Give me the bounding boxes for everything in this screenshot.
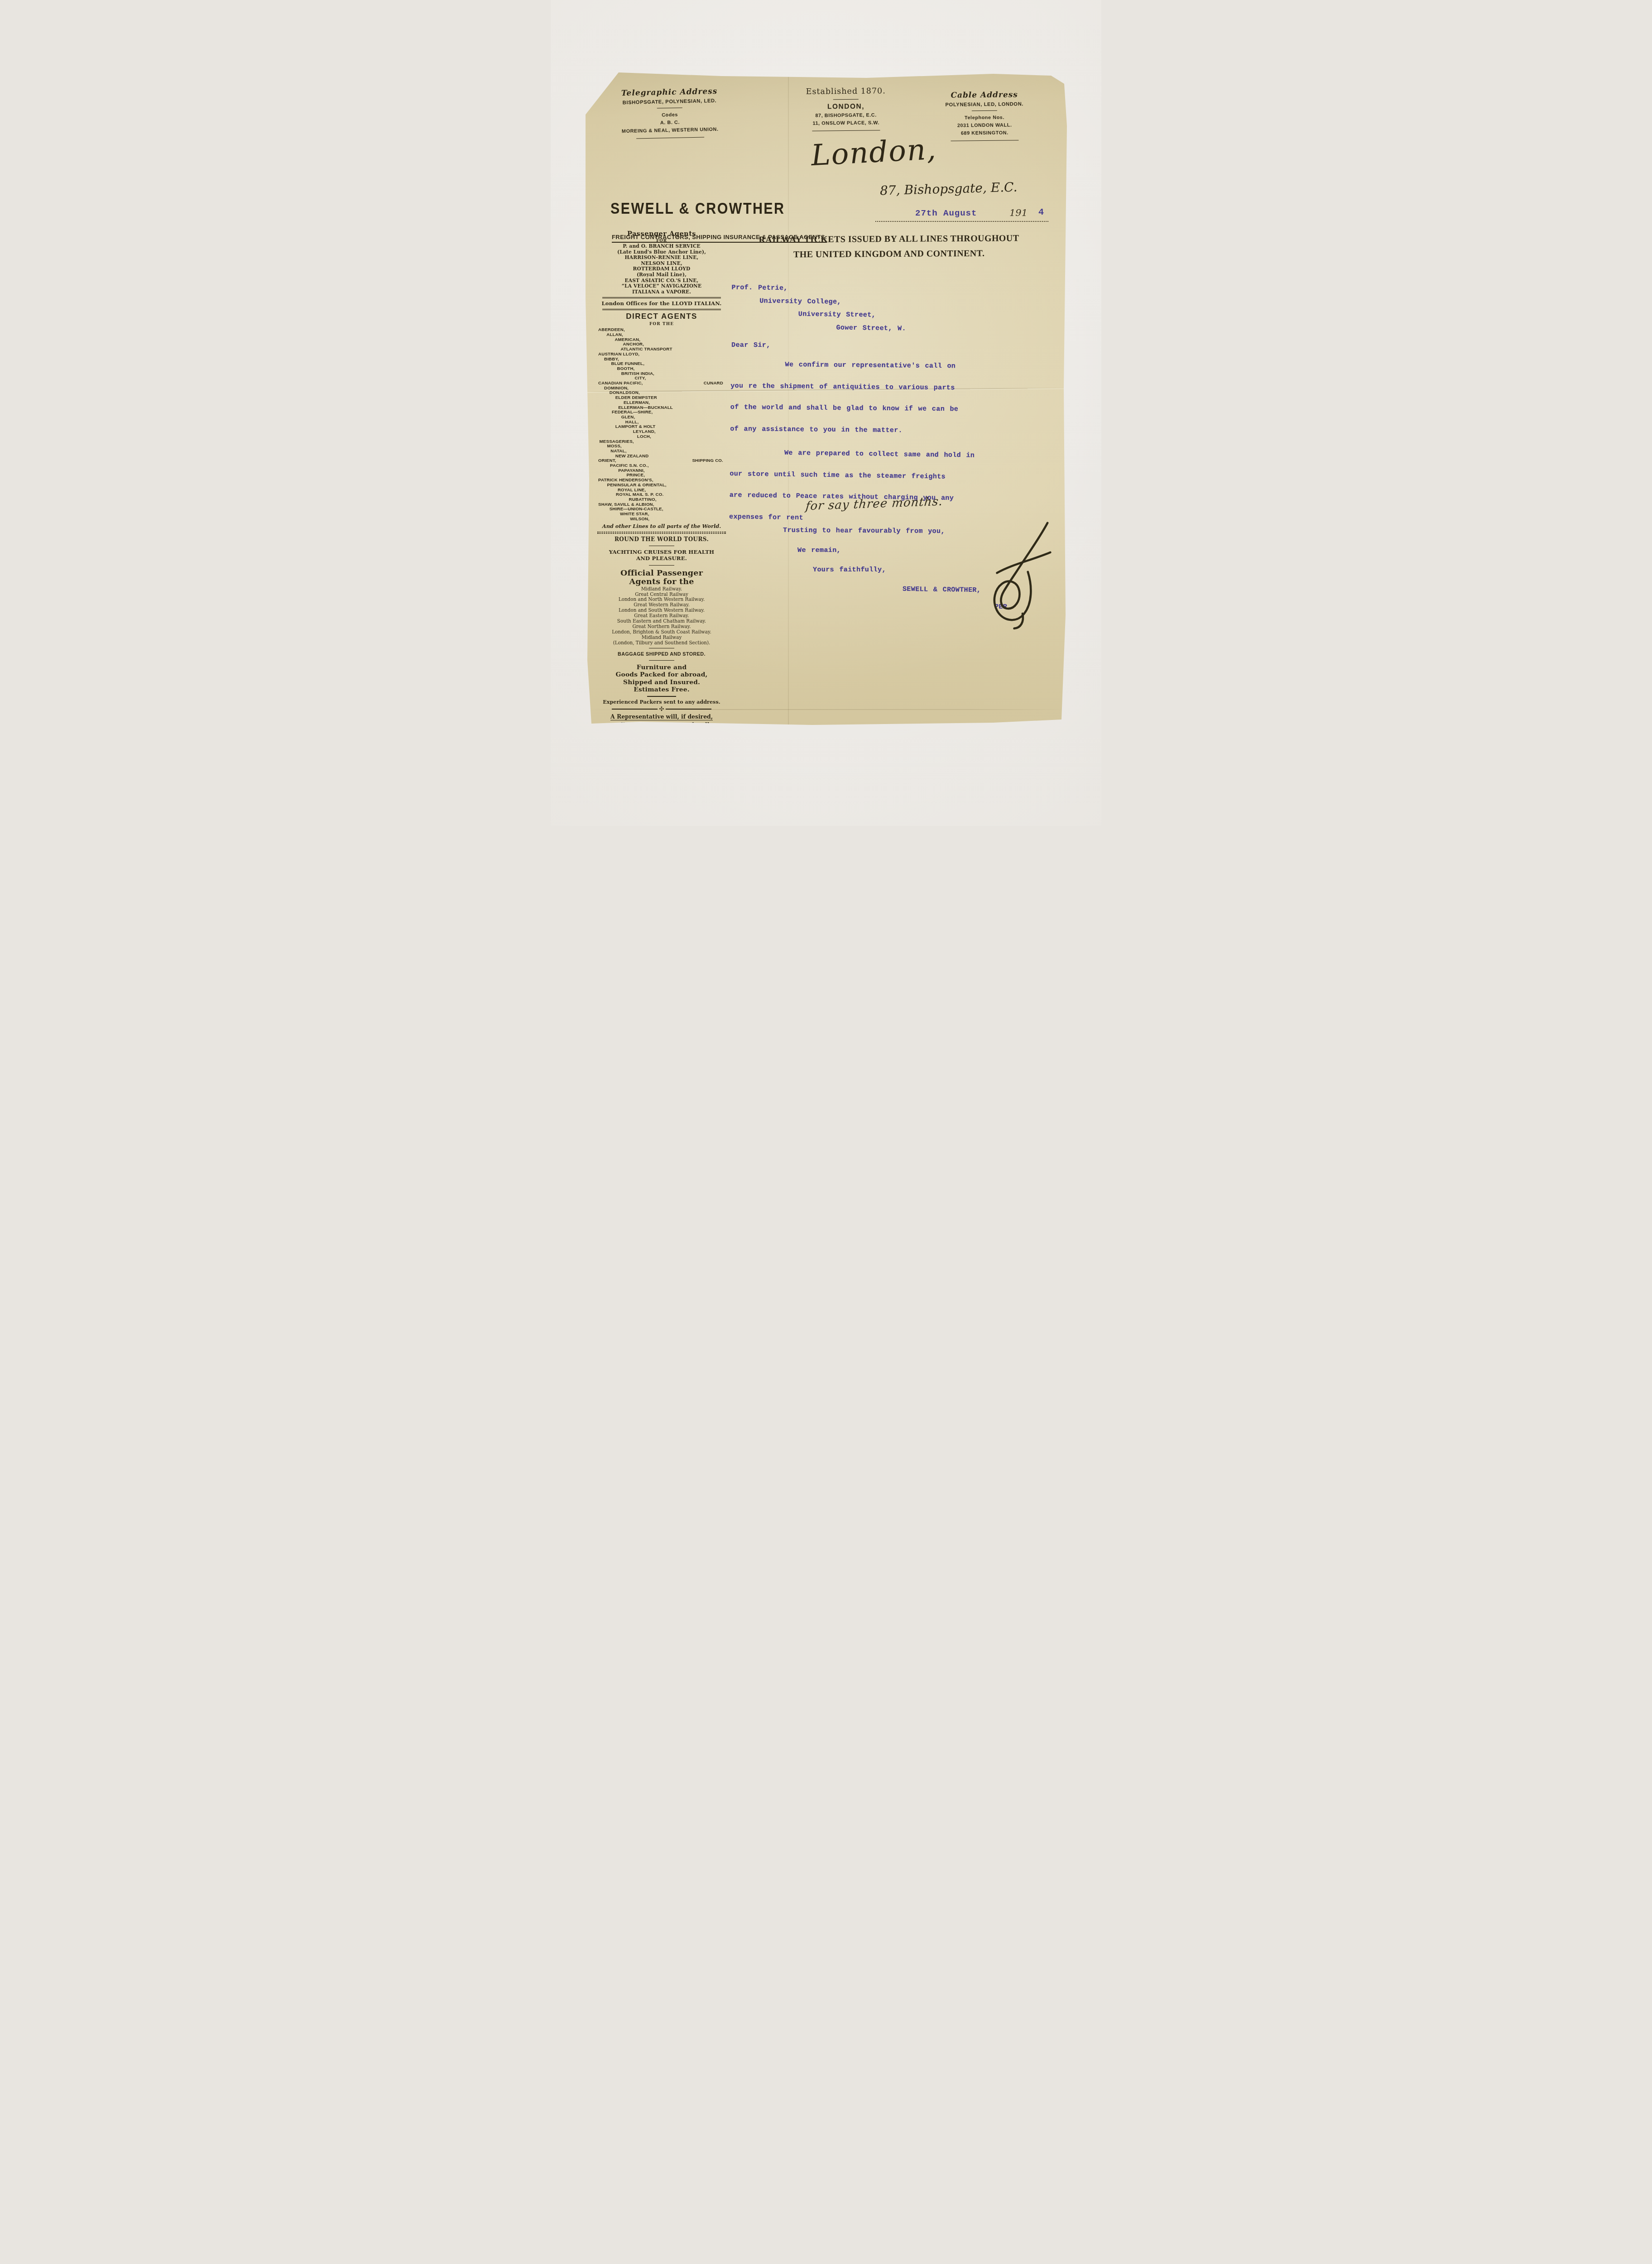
typed-date: 27th August <box>915 208 977 218</box>
list-item: ELDER DEMPSTER <box>598 396 725 401</box>
list-item: FEDERAL—SHIRE, <box>598 410 725 415</box>
divider <box>649 565 674 566</box>
list-item: the necessary arrangements <box>593 729 730 737</box>
official-passenger-heading-1: Official Passenger <box>593 569 730 578</box>
list-item: PENINSULAR & ORIENTAL, <box>598 483 725 488</box>
london-offices-note: London Offices for the LLOYD ITALIAN. <box>593 300 730 307</box>
for-the-label: FOR THE <box>593 322 730 326</box>
divider <box>833 99 859 100</box>
direct-agents-list: ABERDEEN,ALLAN,AMERICAN,ANCHOR,ATLANTIC … <box>593 328 725 522</box>
list-item: SHIRE—UNION-CASTLE, <box>598 507 725 512</box>
list-item: Midland Railway. <box>593 587 730 592</box>
telegraphic-address-value: BISHOPSGATE, POLYNESIAN, LED. <box>601 98 737 106</box>
divider <box>649 546 674 547</box>
date-line: 27th August 191 4 <box>875 206 1048 222</box>
list-item: ROTTERDAM LLOYD <box>593 266 730 272</box>
divider <box>649 660 674 661</box>
list-item: Shipped and Insured. <box>593 679 730 686</box>
cross-ornament-icon: ✣ <box>612 707 711 711</box>
divider <box>636 137 704 139</box>
for-label: FOR <box>593 239 730 243</box>
other-lines-note: And other Lines to all parts of the Worl… <box>593 523 730 529</box>
closing-we-remain: We remain, <box>797 547 841 554</box>
handwritten-signature-icon <box>976 515 1066 634</box>
script-street-address: 87, Bishopsgate, E.C. <box>880 179 1034 198</box>
printed-year: 191 <box>1009 207 1028 218</box>
list-item: LEYLAND, <box>598 430 725 435</box>
list-item: Goods Packed for abroad, <box>593 671 730 679</box>
divider <box>602 297 721 298</box>
direct-agents-heading: DIRECT AGENTS <box>593 312 730 321</box>
list-item: A Representative will, if desired, <box>593 713 730 721</box>
divider <box>649 648 674 649</box>
list-item: call on Passengers to make all <box>593 721 730 729</box>
list-item: (Late Lund's Blue Anchor Line), <box>593 249 730 255</box>
list-item: WILSON, <box>598 517 725 522</box>
railway-companies-list: Midland Railway.Great Central RailwayLon… <box>593 587 730 646</box>
established-text: Established 1870. <box>792 86 900 96</box>
list-item: Midland Railway <box>593 635 730 641</box>
closing-trusting: Trusting to hear favourably from you, <box>783 527 945 535</box>
passenger-agents-list: P. and O. BRANCH SERVICE(Late Lund's Blu… <box>593 244 730 295</box>
list-item: LOCH, <box>598 435 725 440</box>
list-item: Furniture and <box>593 664 730 672</box>
divider <box>951 140 1018 141</box>
list-item: ROYAL MAIL S. P. CO. <box>598 493 725 498</box>
passenger-agents-heading: Passenger Agents <box>593 230 730 238</box>
list-item: WHITE STAR, <box>598 512 725 517</box>
office-address-1: 87, BISHOPSGATE, E.C. <box>792 111 900 120</box>
london-heading: LONDON, <box>792 102 900 111</box>
list-item: Estimates Free. <box>593 686 730 694</box>
list-item: (Royal Mail Line), <box>593 272 730 278</box>
telephone-number-2: 689 KENSINGTON. <box>932 129 1037 138</box>
letter-paper: Telegraphic Address BISHOPSGATE, POLYNES… <box>586 72 1067 725</box>
list-item: PACIFIC S.N. CO., <box>598 464 725 469</box>
list-item: P. and O. BRANCH SERVICE <box>593 244 730 249</box>
divider <box>657 107 682 109</box>
baggage-note: BAGGAGE SHIPPED AND STORED. <box>593 652 730 657</box>
list-item: HARRISON-RENNIE LINE, <box>593 255 730 261</box>
company-name: SEWELL & CROWTHER <box>610 200 785 218</box>
scanned-letter-photo: Telegraphic Address BISHOPSGATE, POLYNES… <box>551 0 1101 826</box>
script-city: London, <box>810 133 937 173</box>
recipient-address: Prof. Petrie,University College,Universi… <box>731 282 907 336</box>
typed-year-digit: 4 <box>1038 207 1044 218</box>
list-item: AMERICAN, <box>598 338 725 343</box>
telegraphic-address-heading: Telegraphic Address <box>601 86 737 98</box>
list-item: Gower Street, W. <box>731 320 906 335</box>
list-item: of any assistance to you in the matter. <box>730 418 1050 442</box>
cable-address-heading: Cable Address <box>932 90 1037 100</box>
thick-divider <box>647 696 676 697</box>
telephone-heading: Telephone Nos. <box>932 114 1037 122</box>
cable-address-block: Cable Address POLYNESIAN, LED, LONDON. T… <box>932 90 1037 142</box>
list-item: NELSON LINE, <box>593 261 730 267</box>
list-item: We confirm our representative's call on <box>730 354 1050 378</box>
headline-line-1: RAILWAY TICKETS ISSUED BY ALL LINES THRO… <box>731 231 1047 248</box>
list-item: Prof. Petrie, <box>731 282 907 297</box>
list-item: ELLERMAN, <box>598 401 725 406</box>
closing-yours-faithfully: Yours faithfully, <box>813 566 886 574</box>
divider <box>972 110 997 111</box>
furniture-block: Furniture andGoods Packed for abroad,Shi… <box>593 664 730 694</box>
list-item: (London, Tilbury and Southend Section). <box>593 641 730 646</box>
divider <box>602 309 721 310</box>
list-item: BRITISH INDIA, <box>598 372 725 377</box>
packers-note: Experienced Packers sent to any address. <box>593 699 730 705</box>
paragraph-1: We confirm our representative's call ony… <box>730 354 1051 442</box>
letterhead-sidebar: Passenger Agents FOR P. and O. BRANCH SE… <box>593 230 730 744</box>
round-the-world-tours: ROUND THE WORLD TOURS. <box>593 536 730 542</box>
yachting-cruises-line-1: YACHTING CRUISES FOR HEALTH <box>593 549 730 556</box>
list-item: of the world and shall be glad to know i… <box>730 397 1050 421</box>
divider <box>812 130 880 131</box>
list-item: EAST ASIATIC CO.'S LINE, <box>593 278 730 284</box>
list-item: ITALIANA a VAPORE. <box>593 289 730 295</box>
signature-company-name: SEWELL & CROWTHER, <box>903 585 981 594</box>
dotted-divider <box>597 532 726 534</box>
cable-address-value: POLYNESIAN, LED, LONDON. <box>932 101 1037 108</box>
salutation: Dear Sir, <box>731 341 771 349</box>
official-passenger-heading-2: Agents for the <box>593 577 730 586</box>
list-item: PAPAYANNI, <box>598 469 725 474</box>
railway-tickets-headline: RAILWAY TICKETS ISSUED BY ALL LINES THRO… <box>731 231 1047 263</box>
headline-line-2: THE UNITED KINGDOM AND CONTINENT. <box>731 246 1047 263</box>
list-item: GLEN, <box>598 415 725 420</box>
list-item: “LA VELOCE” NAVIGAZIONE <box>593 283 730 289</box>
yachting-cruises-line-2: AND PLEASURE. <box>593 556 730 562</box>
list-item: you re the shipment of antiquities to va… <box>730 375 1050 399</box>
telegraphic-address-block: Telegraphic Address BISHOPSGATE, POLYNES… <box>601 86 738 140</box>
office-address-2: 11, ONSLOW PLACE, S.W. <box>792 119 900 128</box>
representative-note: A Representative will, if desired,call o… <box>593 713 730 744</box>
established-block: Established 1870. LONDON, 87, BISHOPSGAT… <box>792 86 901 132</box>
list-item: for their journey. <box>593 737 730 745</box>
list-item: BOOTH, <box>598 367 725 372</box>
list-item: AUSTRIAN LLOYD, <box>598 352 725 357</box>
telephone-number-1: 2031 LONDON WALL. <box>932 121 1037 130</box>
list-item: LAMPORT & HOLT <box>598 425 725 430</box>
